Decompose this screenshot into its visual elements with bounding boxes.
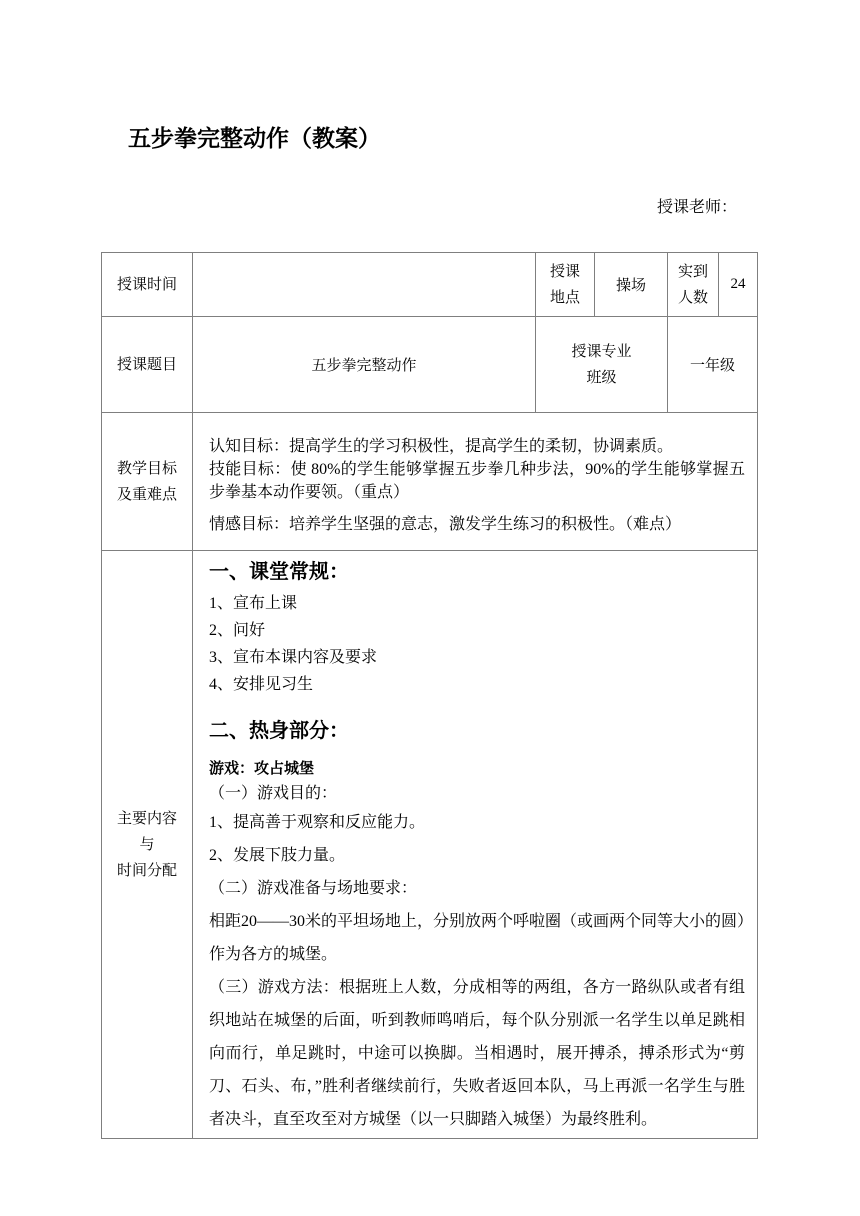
time-value-cell xyxy=(193,253,536,317)
game-title-line: 游戏：攻占城堡 xyxy=(209,757,745,781)
list-item: 4、安排见习生 xyxy=(209,671,745,698)
objective-cognitive: 认知目标：提高学生的学习积极性，提高学生的柔韧，协调素质。 xyxy=(209,435,745,458)
list-item: 3、宣布本课内容及要求 xyxy=(209,644,745,671)
game-preparation-heading: （二）游戏准备与场地要求： xyxy=(209,872,745,905)
class-value-cell: 一年级 xyxy=(668,317,758,413)
objective-emotional: 情感目标：培养学生坚强的意志，激发学生练习的积极性。（难点） xyxy=(209,513,745,536)
game-preparation-paragraph: 相距20——30米的平坦场地上，分别放两个呼啦圈（或画两个同等大小的圆）作为各方… xyxy=(209,905,745,971)
main-content-cell: 一、课堂常规： 1、宣布上课 2、问好 3、宣布本课内容及要求 4、安排见习生 … xyxy=(193,551,758,1139)
page-title: 五步拳完整动作（教案） xyxy=(0,0,860,153)
attendance-label-cell: 实到 人数 xyxy=(668,253,719,317)
location-label-cell: 授课 地点 xyxy=(536,253,595,317)
location-value-cell: 操场 xyxy=(595,253,668,317)
game-purpose-item: 2、发展下肢力量。 xyxy=(209,839,745,872)
main-content-label-cell: 主要内容 与 时间分配 xyxy=(102,551,193,1139)
table-row: 授课时间 授课 地点 操场 实到 人数 24 xyxy=(102,253,758,317)
objectives-label-cell: 教学目标 及重难点 xyxy=(102,413,193,551)
objective-skill: 技能目标：使 80%的学生能够掌握五步拳几种步法，90%的学生能够掌握五步拳基本… xyxy=(209,458,745,504)
topic-value-cell: 五步拳完整动作 xyxy=(193,317,536,413)
section-heading-warmup: 二、热身部分： xyxy=(209,718,745,745)
document-page: 五步拳完整动作（教案） 授课老师： 授课时间 授课 地点 操场 实到 人数 24… xyxy=(0,0,860,1216)
game-purpose-heading: （一）游戏目的： xyxy=(209,781,745,806)
table-row: 教学目标 及重难点 认知目标：提高学生的学习积极性，提高学生的柔韧，协调素质。 … xyxy=(102,413,758,551)
game-purpose-item: 1、提高善于观察和反应能力。 xyxy=(209,806,745,839)
section-heading-classroom-routine: 一、课堂常规： xyxy=(209,559,745,586)
table-row: 主要内容 与 时间分配 一、课堂常规： 1、宣布上课 2、问好 3、宣布本课内容… xyxy=(102,551,758,1139)
game-method-paragraph: （三）游戏方法：根据班上人数，分成相等的两组，各方一路纵队或者有组织地站在城堡的… xyxy=(209,971,745,1136)
objectives-content-cell: 认知目标：提高学生的学习积极性，提高学生的柔韧，协调素质。 技能目标：使 80%… xyxy=(193,413,758,551)
attendance-value-cell: 24 xyxy=(719,253,758,317)
lesson-plan-table: 授课时间 授课 地点 操场 实到 人数 24 授课题目 五步拳完整动作 授课专业… xyxy=(101,252,758,1139)
table-row: 授课题目 五步拳完整动作 授课专业 班级 一年级 xyxy=(102,317,758,413)
list-item: 1、宣布上课 xyxy=(209,590,745,617)
class-label-cell: 授课专业 班级 xyxy=(536,317,668,413)
topic-label-cell: 授课题目 xyxy=(102,317,193,413)
time-label-cell: 授课时间 xyxy=(102,253,193,317)
teacher-label: 授课老师： xyxy=(0,197,860,218)
list-item: 2、问好 xyxy=(209,617,745,644)
